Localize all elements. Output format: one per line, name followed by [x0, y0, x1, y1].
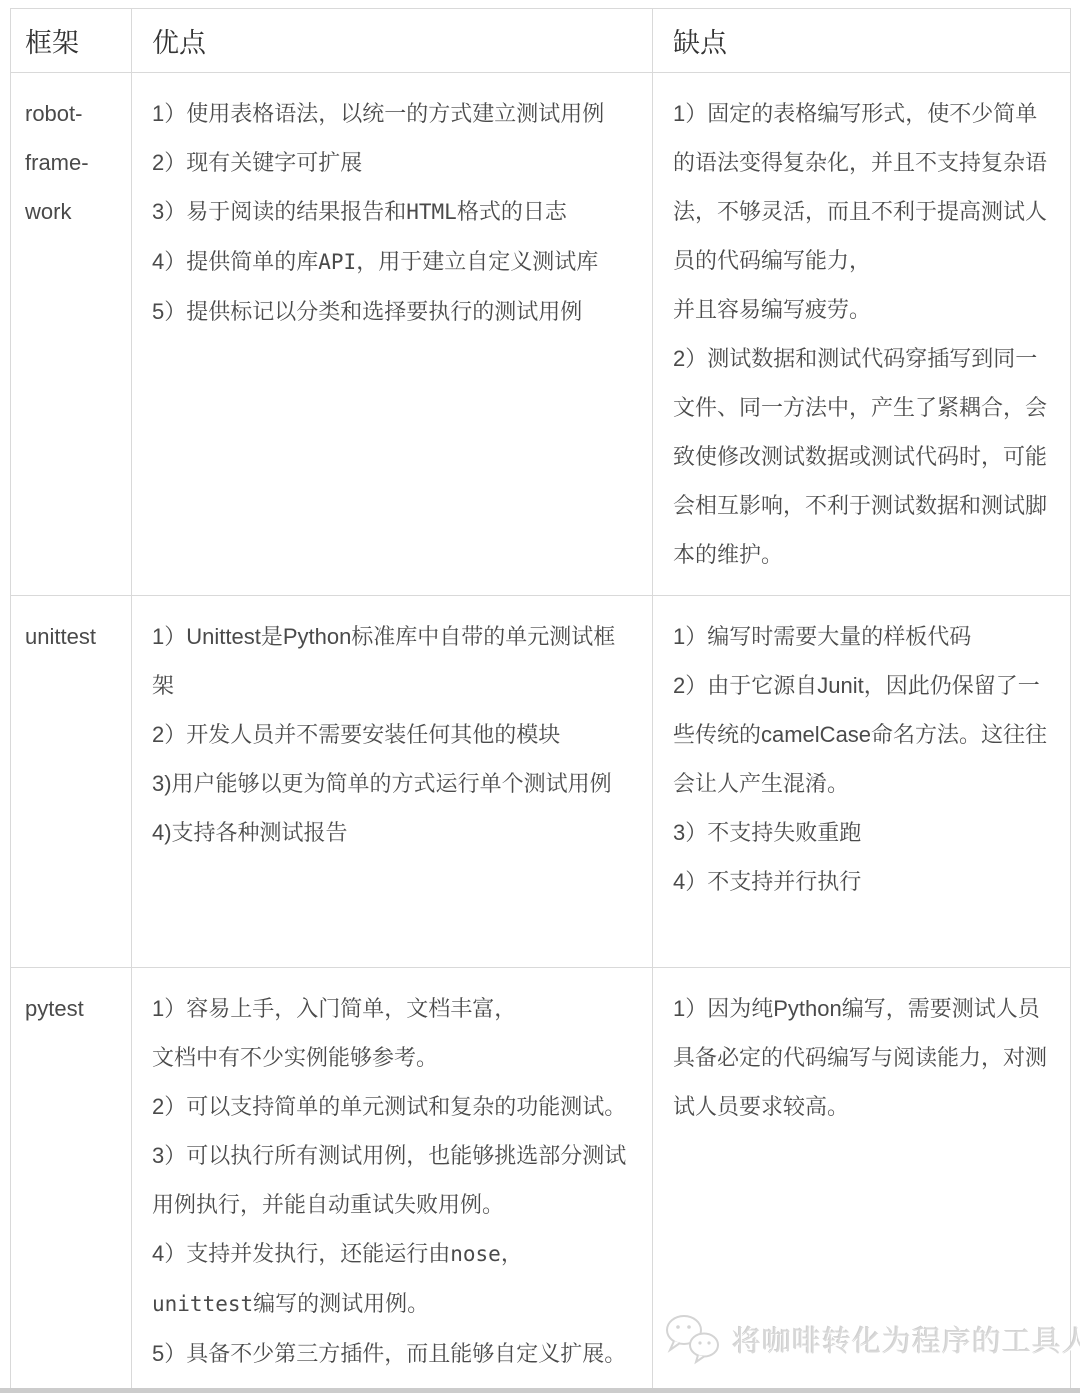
text-line: 1）固定的表格编写形式，使不少简单的语法变得复杂化，并且不支持复杂语法，不够灵活…	[673, 89, 1052, 285]
text-line: frame-	[25, 138, 125, 187]
text-line: 4）提供简单的库API，用于建立自定义测试库	[152, 237, 634, 287]
text-line: 2）由于它源自Junit，因此仍保留了一些传统的camelCase命名方法。这往…	[673, 661, 1052, 808]
text-line: 5）提供标记以分类和选择要执行的测试用例	[152, 287, 634, 336]
text-line: 1）容易上手，入门简单，文档丰富，	[152, 984, 634, 1033]
table-row-unittest: unittest 1）Unittest是Python标准库中自带的单元测试框架2…	[11, 596, 1071, 968]
table-row-pytest: pytest 1）容易上手，入门简单，文档丰富，文档中有不少实例能够参考。2）可…	[11, 968, 1071, 1389]
text-line: 2）开发人员并不需要安装任何其他的模块	[152, 710, 634, 759]
text-line: 1）编写时需要大量的样板代码	[673, 612, 1052, 661]
table-header-row: 框架 优点 缺点	[11, 9, 1071, 73]
framework-name-pytest: pytest	[11, 968, 132, 1389]
framework-name-robot-framework: robot-frame-work	[11, 73, 132, 596]
page-bottom-edge	[0, 1388, 1080, 1393]
text-line: 文档中有不少实例能够参考。	[152, 1033, 634, 1082]
text-line: unittest编写的测试用例。	[152, 1279, 634, 1329]
text-line: 3）可以执行所有测试用例，也能够挑选部分测试用例执行，并能自动重试失败用例。	[152, 1131, 634, 1229]
text-line: 4)支持各种测试报告	[152, 808, 634, 857]
cons-cell-unittest: 1）编写时需要大量的样板代码2）由于它源自Junit，因此仍保留了一些传统的ca…	[653, 596, 1071, 968]
framework-name-unittest: unittest	[11, 596, 132, 968]
text-line: robot-	[25, 89, 125, 138]
pros-cell-unittest: 1）Unittest是Python标准库中自带的单元测试框架2）开发人员并不需要…	[132, 596, 653, 968]
pros-cell-pytest: 1）容易上手，入门简单，文档丰富，文档中有不少实例能够参考。2）可以支持简单的单…	[132, 968, 653, 1389]
pros-cell-robot-framework: 1）使用表格语法，以统一的方式建立测试用例2）现有关键字可扩展3）易于阅读的结果…	[132, 73, 653, 596]
header-pros: 优点	[132, 9, 653, 73]
text-line: 2）现有关键字可扩展	[152, 138, 634, 187]
header-cons: 缺点	[653, 9, 1071, 73]
text-line: 4）不支持并行执行	[673, 857, 1052, 906]
cons-cell-robot-framework: 1）固定的表格编写形式，使不少简单的语法变得复杂化，并且不支持复杂语法，不够灵活…	[653, 73, 1071, 596]
cons-cell-pytest: 1）因为纯Python编写，需要测试人员具备必定的代码编写与阅读能力，对测试人员…	[653, 968, 1071, 1389]
text-line: work	[25, 187, 125, 236]
text-line: 3)用户能够以更为简单的方式运行单个测试用例	[152, 759, 634, 808]
text-line: 1）Unittest是Python标准库中自带的单元测试框架	[152, 612, 634, 710]
text-line: 4）支持并发执行，还能运行由nose，	[152, 1229, 634, 1279]
text-line: pytest	[25, 984, 125, 1033]
text-line: 2）测试数据和测试代码穿插写到同一文件、同一方法中，产生了紧耦合，会致使修改测试…	[673, 334, 1052, 579]
text-line: 1）使用表格语法，以统一的方式建立测试用例	[152, 89, 634, 138]
text-line: 3）易于阅读的结果报告和HTML格式的日志	[152, 187, 634, 237]
header-framework: 框架	[11, 9, 132, 73]
text-line: 1）因为纯Python编写，需要测试人员具备必定的代码编写与阅读能力，对测试人员…	[673, 984, 1052, 1131]
text-line: 并且容易编写疲劳。	[673, 285, 1052, 334]
text-line: 3）不支持失败重跑	[673, 808, 1052, 857]
framework-comparison-table: 框架 优点 缺点 robot-frame-work 1）使用表格语法，以统一的方…	[10, 8, 1071, 1389]
text-line: unittest	[25, 612, 125, 661]
text-line: 5）具备不少第三方插件，而且能够自定义扩展。	[152, 1329, 634, 1378]
text-line: 2）可以支持简单的单元测试和复杂的功能测试。	[152, 1082, 634, 1131]
table-row-robot-framework: robot-frame-work 1）使用表格语法，以统一的方式建立测试用例2）…	[11, 73, 1071, 596]
